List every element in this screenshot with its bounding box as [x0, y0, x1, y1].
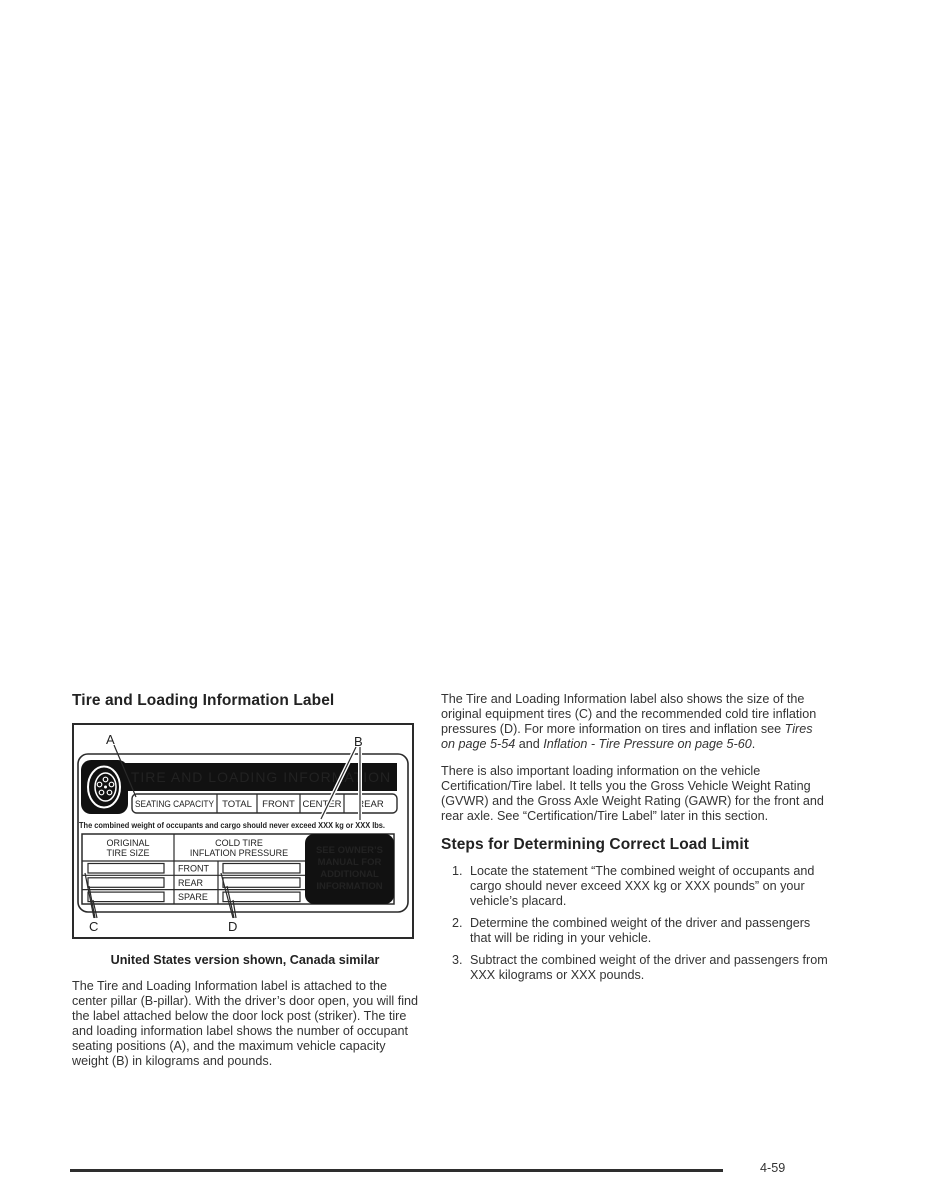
list-item-number: 2.: [452, 916, 470, 946]
seating-capacity-cell: SEATING CAPACITY: [135, 799, 215, 810]
col1-header-line1: ORIGINAL: [106, 838, 149, 848]
col1-header-line2: TIRE SIZE: [106, 848, 149, 858]
xref-inflation: Inflation - Tire Pressure on page 5-60: [543, 737, 752, 751]
list-item: 3. Subtract the combined weight of the d…: [441, 953, 829, 983]
tire-size-box-front: [88, 864, 164, 874]
center-cell: CENTER: [302, 799, 341, 810]
right-paragraph-2: There is also important loading informat…: [441, 764, 829, 824]
left-column: Tire and Loading Information Label TIR: [72, 692, 418, 1081]
para1-text-3: .: [752, 737, 756, 751]
right-column: The Tire and Loading Information label a…: [441, 692, 829, 990]
col2-header-line1: COLD TIRE: [215, 838, 263, 848]
list-item-number: 3.: [452, 953, 470, 983]
left-paragraph: The Tire and Loading Information label i…: [72, 979, 418, 1069]
pressure-box-rear: [223, 878, 300, 888]
list-item: 1. Locate the statement “The combined we…: [441, 864, 829, 909]
tire-size-box-spare: [88, 892, 164, 902]
section-heading: Tire and Loading Information Label: [72, 692, 418, 710]
info-line4: INFORMATION: [316, 881, 382, 892]
list-item-text: Subtract the combined weight of the driv…: [470, 953, 829, 983]
tire-icon: [81, 760, 128, 814]
steps-heading: Steps for Determining Correct Load Limit: [441, 836, 829, 854]
callout-a: A: [106, 732, 115, 747]
para1-text-1: The Tire and Loading Information label a…: [441, 692, 816, 736]
footer-rule: [70, 1169, 723, 1172]
info-line3: ADDITIONAL: [320, 869, 379, 880]
list-item: 2. Determine the combined weight of the …: [441, 916, 829, 946]
row-label-front: FRONT: [178, 864, 209, 874]
tire-pressure-table: ORIGINAL TIRE SIZE COLD TIRE INFLATION P…: [82, 834, 394, 904]
tire-label-diagram: TIRE AND LOADING INFORMATION SEATING CAP…: [72, 723, 414, 939]
seating-capacity-row: SEATING CAPACITY TOTAL FRONT CENTER REAR: [132, 794, 397, 813]
info-line2: MANUAL FOR: [318, 857, 382, 868]
list-item-text: Locate the statement “The combined weigh…: [470, 864, 829, 909]
list-item-text: Determine the combined weight of the dri…: [470, 916, 829, 946]
para1-text-2: and: [515, 737, 543, 751]
callout-d: D: [228, 919, 237, 934]
tire-size-box-rear: [88, 878, 164, 888]
callout-c: C: [89, 919, 98, 934]
page-number: 4-59: [760, 1161, 785, 1175]
steps-list: 1. Locate the statement “The combined we…: [441, 864, 829, 983]
col2-header-line2: INFLATION PRESSURE: [190, 848, 288, 858]
info-line1: SEE OWNER’S: [316, 845, 383, 856]
tire-label-figure: TIRE AND LOADING INFORMATION SEATING CAP…: [72, 723, 418, 967]
total-cell: TOTAL: [222, 799, 252, 810]
right-paragraph-1: The Tire and Loading Information label a…: [441, 692, 829, 752]
pressure-box-spare: [223, 892, 300, 902]
list-item-number: 1.: [452, 864, 470, 909]
label-title: TIRE AND LOADING INFORMATION: [131, 769, 391, 785]
combined-weight-note: The combined weight of occupants and car…: [79, 820, 385, 830]
figure-caption: United States version shown, Canada simi…: [72, 953, 418, 967]
front-cell: FRONT: [262, 799, 295, 810]
row-label-rear: REAR: [178, 878, 204, 888]
callout-b: B: [354, 734, 363, 749]
pressure-box-front: [223, 864, 300, 874]
row-label-spare: SPARE: [178, 892, 208, 902]
